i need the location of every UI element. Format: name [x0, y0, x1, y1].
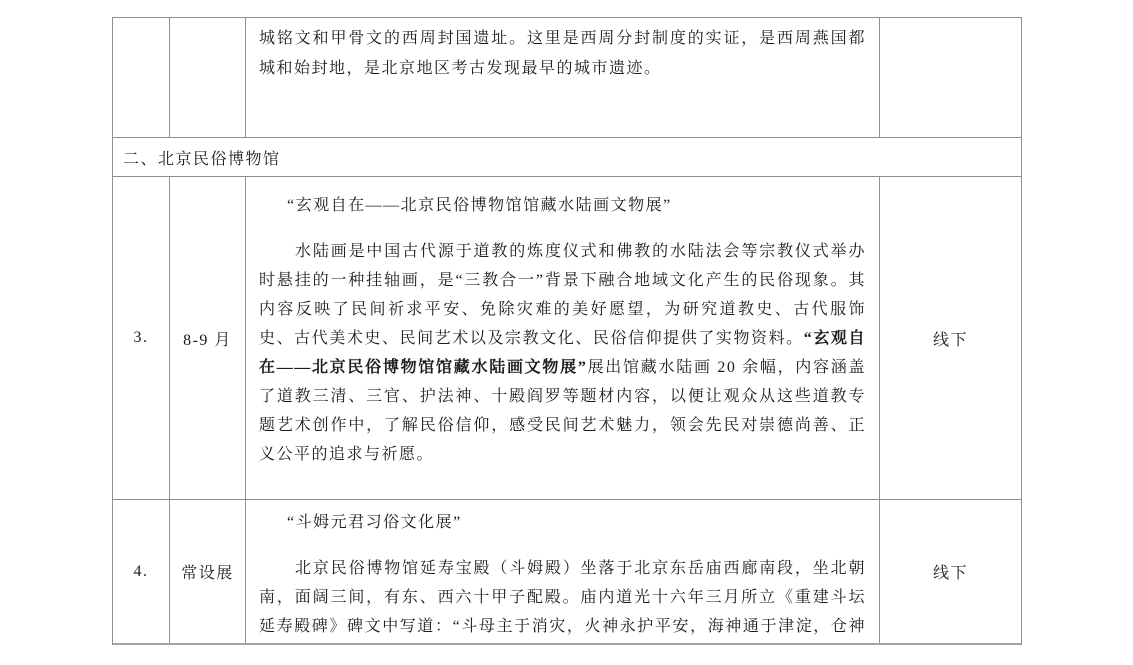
cell-format: 线下 [880, 177, 1021, 499]
table-row-continuation: 城铭文和甲骨文的西周封国遗址。这里是西周分封制度的实证，是西周燕国都城和始封地，… [113, 18, 1021, 138]
section-header-row: 二、北京民俗博物馆 [113, 138, 1021, 177]
exhibition-title: “斗姆元君习俗文化展” [259, 508, 866, 538]
document-page: 城铭文和甲骨文的西周封国遗址。这里是西周分封制度的实证，是西周燕国都城和始封地，… [0, 0, 1133, 665]
cell-date: 8-9 月 [170, 177, 246, 499]
description-part1: 北京民俗博物馆延寿宝殿（斗姆殿）坐落于北京东岳庙西廊南段，坐北朝南，面阔三间，有… [259, 560, 866, 643]
exhibition-title: “玄观自在——北京民俗博物馆馆藏水陆画文物展” [259, 191, 866, 221]
continuation-text: 城铭文和甲骨文的西周封国遗址。这里是西周分封制度的实证，是西周燕国都城和始封地，… [259, 24, 866, 84]
cell-date-empty [170, 18, 246, 137]
section-header-title: 二、北京民俗博物馆 [123, 146, 281, 169]
table-row: 3. 8-9 月 “玄观自在——北京民俗博物馆馆藏水陆画文物展” 水陆画是中国古… [113, 177, 1021, 500]
cell-content-continuation: 城铭文和甲骨文的西周封国遗址。这里是西周分封制度的实证，是西周燕国都城和始封地，… [246, 18, 880, 137]
table-row: 4. 常设展 “斗姆元君习俗文化展” 北京民俗博物馆延寿宝殿（斗姆殿）坐落于北京… [113, 500, 1021, 645]
cell-exhibition-content: “玄观自在——北京民俗博物馆馆藏水陆画文物展” 水陆画是中国古代源于道教的炼度仪… [246, 177, 880, 499]
cell-row-number: 4. [113, 500, 170, 643]
exhibition-description: 北京民俗博物馆延寿宝殿（斗姆殿）坐落于北京东岳庙西廊南段，坐北朝南，面阔三间，有… [259, 554, 866, 643]
exhibition-table: 城铭文和甲骨文的西周封国遗址。这里是西周分封制度的实证，是西周燕国都城和始封地，… [112, 17, 1022, 645]
description-part1: 水陆画是中国古代源于道教的炼度仪式和佛教的水陆法会等宗教仪式举办时悬挂的一种挂轴… [259, 243, 866, 347]
cell-date: 常设展 [170, 500, 246, 643]
cell-number-empty [113, 18, 170, 137]
cell-format-empty [880, 18, 1021, 137]
cell-exhibition-content: “斗姆元君习俗文化展” 北京民俗博物馆延寿宝殿（斗姆殿）坐落于北京东岳庙西廊南段… [246, 500, 880, 643]
cell-row-number: 3. [113, 177, 170, 499]
cell-format: 线下 [880, 500, 1021, 643]
exhibition-description: 水陆画是中国古代源于道教的炼度仪式和佛教的水陆法会等宗教仪式举办时悬挂的一种挂轴… [259, 237, 866, 469]
